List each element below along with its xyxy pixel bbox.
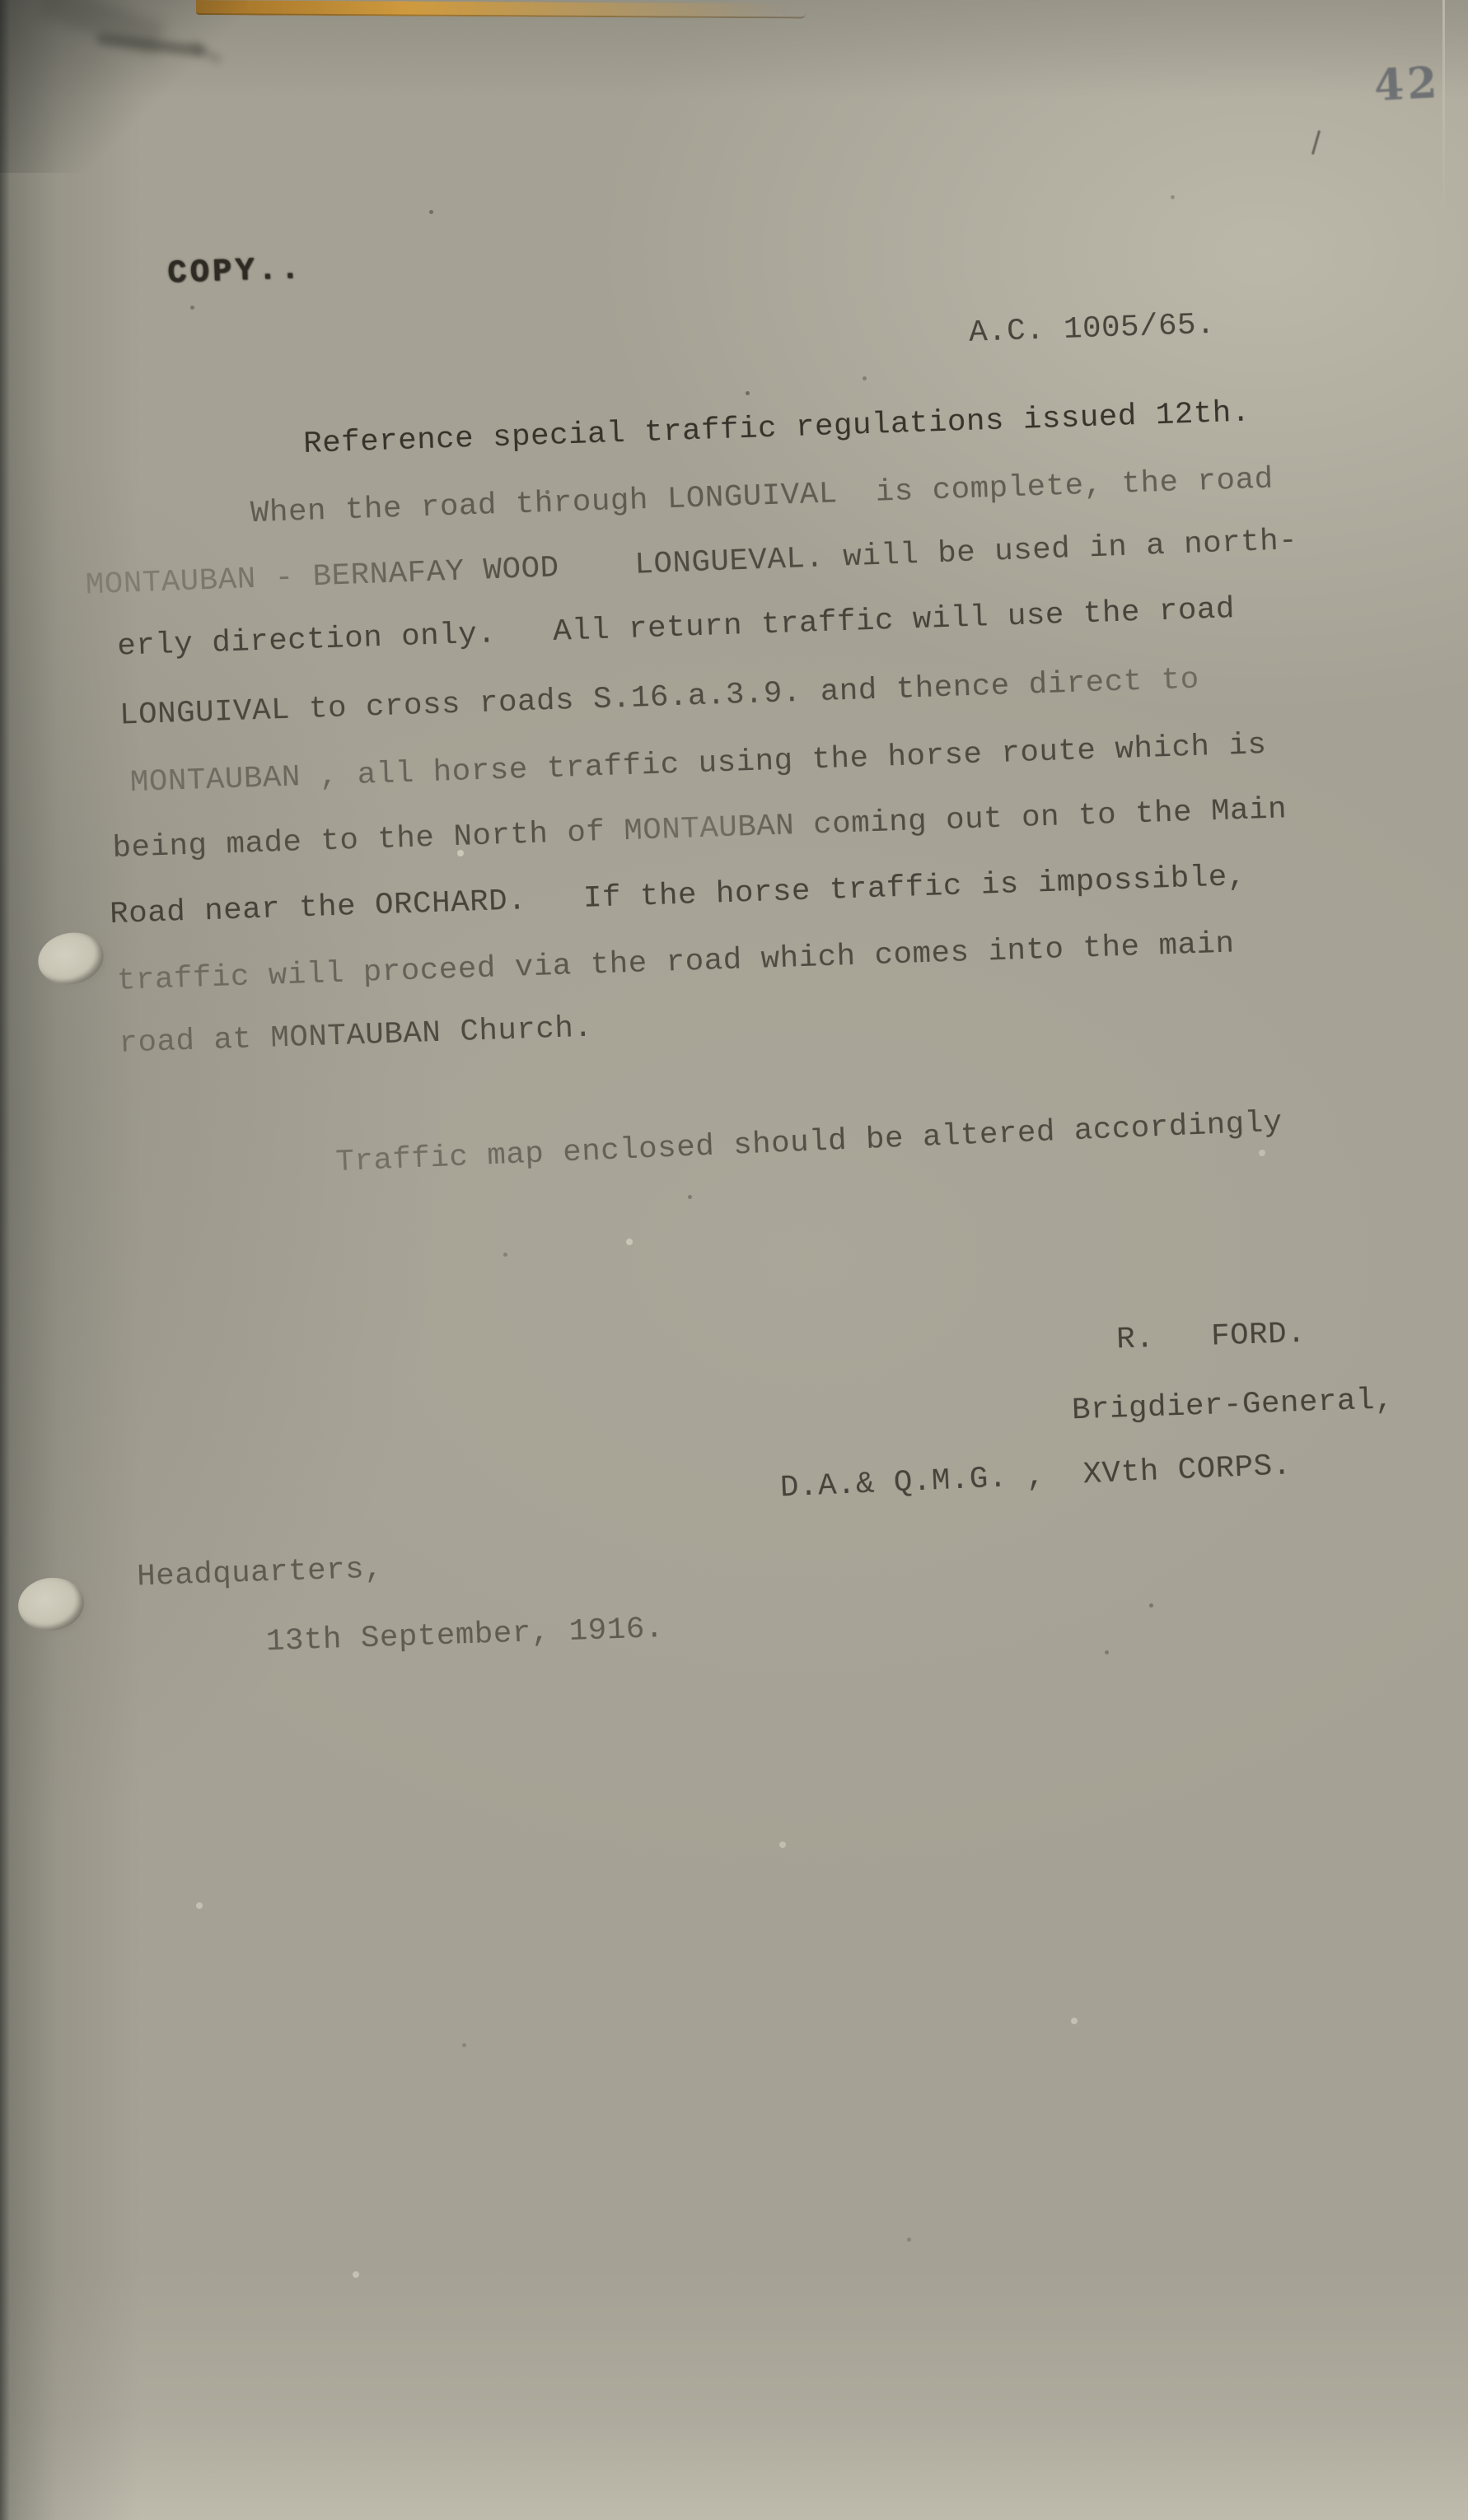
typed-line: being made to the North of MONTAUBAN com… <box>112 793 1288 866</box>
copy-label: COPY.. <box>167 252 304 292</box>
signature-name: R. FORD. <box>1116 1318 1307 1358</box>
typed-line: MONTAUBAN - BERNAFAY WOOD LONGUEVAL. wil… <box>85 525 1298 604</box>
typed-line: LONGUIVAL to cross roads S.16.a.3.9. and… <box>119 664 1200 734</box>
typed-text-layer: COPY.. A.C. 1005/65. Reference special t… <box>0 0 1468 2518</box>
signature-rank: Brigdier-General, <box>1071 1384 1394 1428</box>
footer-location: Headquarters, <box>137 1552 384 1594</box>
typed-line: road at MONTAUBAN Church. <box>119 1012 593 1062</box>
typed-line: MONTAUBAN , all horse traffic using the … <box>129 729 1267 800</box>
footer-date: 13th September, 1916. <box>265 1612 664 1659</box>
typed-line: traffic will proceed via the road which … <box>116 927 1235 999</box>
typed-line: Reference special traffic regulations is… <box>303 396 1251 462</box>
typed-line: When the road through LONGUIVAL is compl… <box>250 464 1274 532</box>
page-left-edge-shadow <box>0 0 10 2520</box>
signature-title: D.A.& Q.M.G. , XVth CORPS. <box>779 1449 1292 1506</box>
typed-line: Road near the ORCHARD. If the horse traf… <box>110 861 1247 932</box>
reference-number: A.C. 1005/65. <box>969 309 1216 351</box>
typed-line: erly direction only. All return traffic … <box>117 593 1236 665</box>
typed-line: Traffic map enclosed should be altered a… <box>335 1107 1283 1181</box>
document-scan: 42 COPY.. A.C. 1005/65. Reference specia… <box>0 0 1468 2520</box>
